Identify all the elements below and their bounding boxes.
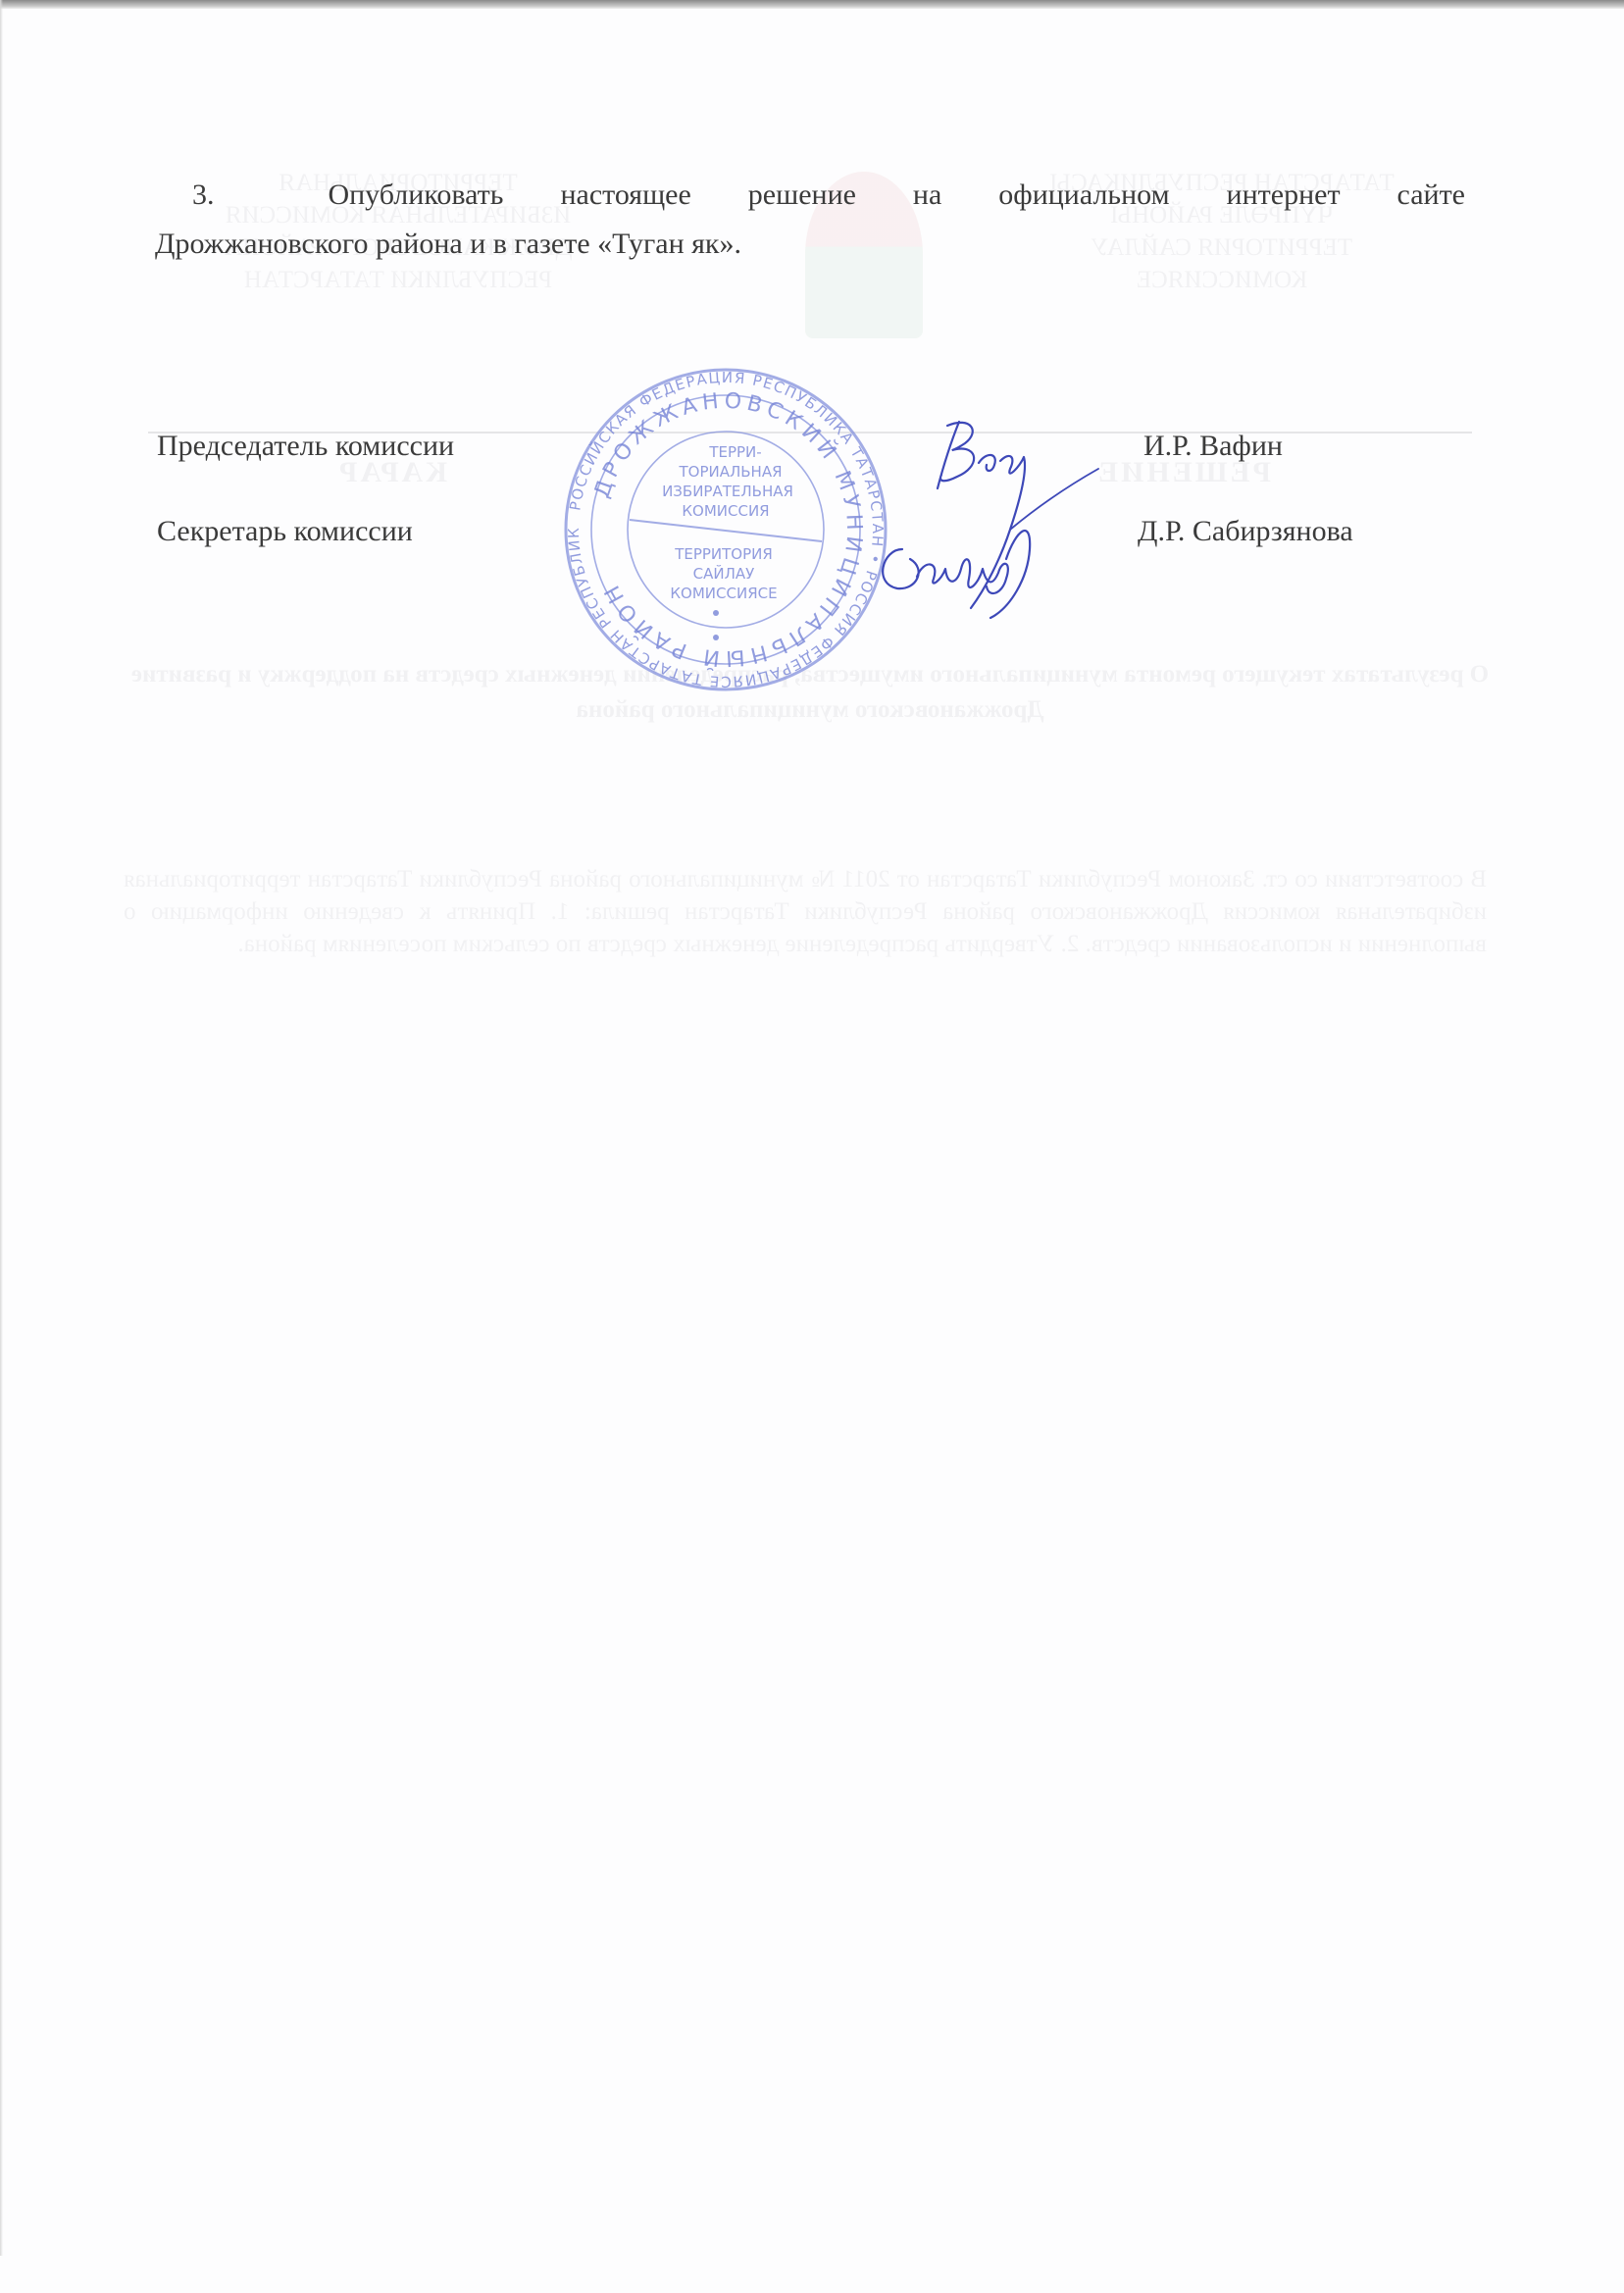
chairman-name: И.Р. Вафин — [1143, 430, 1283, 463]
stamp-center-text: САЙЛАУ — [693, 564, 755, 583]
paragraph-line-2: Дрожжановского района и в газете «Туган … — [155, 220, 1465, 269]
scan-left-edge — [0, 0, 3, 2256]
scan-edge — [0, 0, 1624, 9]
secretary-name: Д.Р. Сабирзянова — [1138, 515, 1353, 548]
stamp-center-text: ИЗБИРАТЕЛЬНАЯ — [662, 483, 793, 500]
secretary-role: Секретарь комиссии — [157, 515, 413, 548]
stamp-center-text: КОМИССИЯСЕ — [670, 585, 777, 602]
chairman-role: Председатель комиссии — [157, 430, 454, 463]
official-stamp: РОССИЙСКАЯ ФЕДЕРАЦИЯ РЕСПУБЛИКА ТАТАРСТА… — [559, 363, 892, 696]
paragraph-line-1: 3. Опубликовать настоящее решение на офи… — [155, 171, 1465, 220]
secretary-signature-flourish — [990, 531, 1030, 618]
stamp-center-text: ТЕРРИ- — [708, 443, 761, 461]
chairman-signature-stroke — [971, 455, 1025, 608]
stamp-center-text: ТЕРРИТОРИЯ — [674, 545, 773, 563]
paragraph-number: 3. — [192, 178, 215, 211]
secretary-signature-stroke — [883, 549, 1008, 593]
stamp-center-text: ТОРИАЛЬНАЯ — [678, 463, 782, 481]
bleed-body: В соответствии со ст. Законом Республики… — [124, 863, 1487, 960]
paragraph-line-1-text: Опубликовать настоящее решение на официа… — [328, 178, 1465, 211]
paragraph-3: 3. Опубликовать настоящее решение на офи… — [155, 171, 1465, 269]
handwritten-signatures — [863, 412, 1157, 628]
stamp-center-text: КОМИССИЯ — [682, 502, 769, 520]
reverse-side-bleed: ТАТАРСТАН РЕСПУБЛИКАСЫ ЧҮПРӘЛЕ РАЙОНЫ ТЕ… — [0, 0, 1624, 2293]
chairman-signature-stroke — [938, 422, 974, 488]
